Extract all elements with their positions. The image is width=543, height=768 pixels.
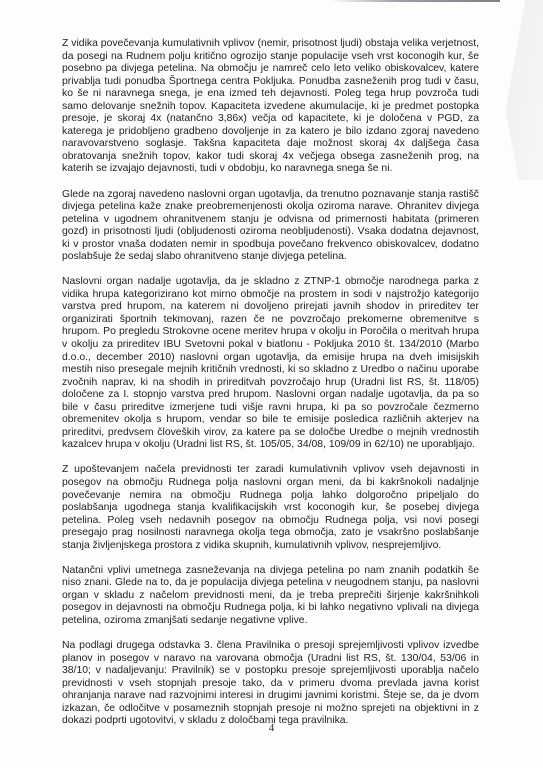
document-page: Z vidika povečevanja kumulativnih vplivo… [62, 38, 479, 740]
paragraph-regulation-basis: Na podlagi drugega odstavka 3. člena Pra… [62, 640, 479, 728]
paragraph-noise-assessment: Naslovni organ nadalje ugotavlja, da je … [62, 276, 479, 452]
page-number: 4 [0, 722, 543, 734]
paragraph-capercaillie-habitat: Glede na zgoraj navedeno naslovni organ … [62, 189, 479, 264]
page-fold-shadow [483, 0, 543, 180]
paragraph-precaution-principle: Z upoštevanjem načela previdnosti ter za… [62, 464, 479, 552]
paragraph-artificial-snowmaking: Natančni vplivi umetnega zasneževanja na… [62, 565, 479, 628]
paragraph-cumulative-impacts: Z vidika povečevanja kumulativnih vplivo… [62, 38, 479, 176]
scan-edge [330, 0, 500, 2]
